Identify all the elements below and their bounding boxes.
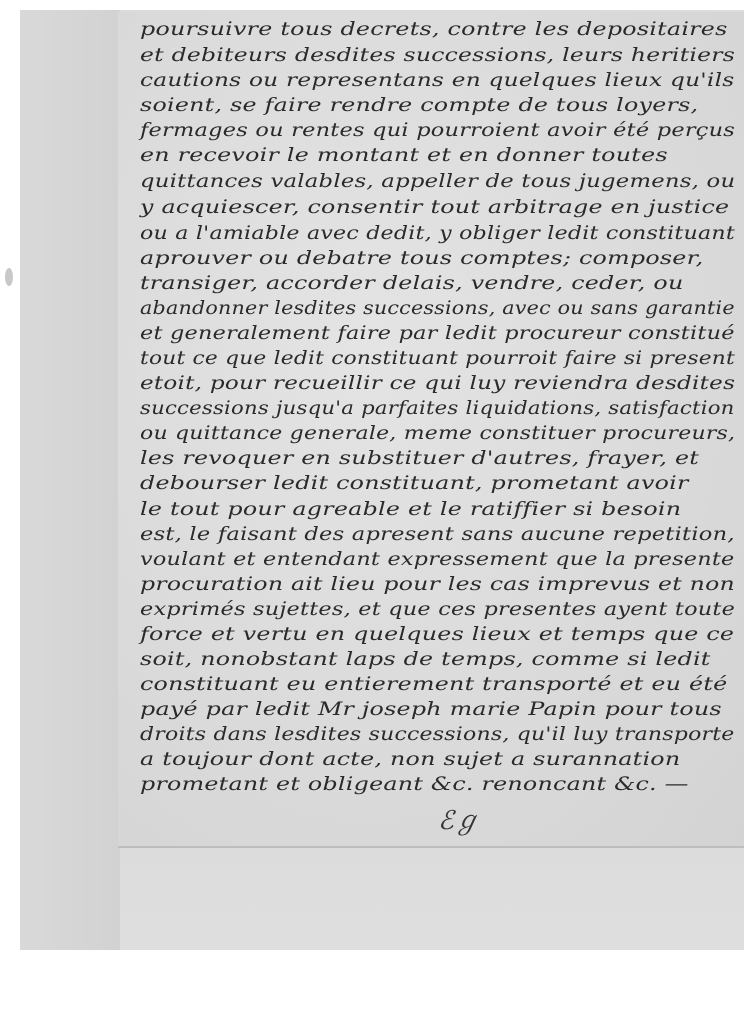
manuscript-line: est, le faisant des apresent sans aucune… xyxy=(140,523,735,545)
manuscript-line: force et vertu en quelques lieux et temp… xyxy=(140,623,734,645)
manuscript-line: exprimés sujettes, et que ces presentes … xyxy=(140,598,735,620)
manuscript-line: le tout pour agreable et le ratiffier si… xyxy=(140,498,681,520)
manuscript-line: abandonner lesdites successions, avec ou… xyxy=(140,297,735,319)
manuscript-line: aprouver ou debatre tous comptes; compos… xyxy=(140,247,703,269)
manuscript-line: soient, se faire rendre compte de tous l… xyxy=(140,94,698,116)
manuscript-line: droits dans lesdites successions, qu'il … xyxy=(140,723,735,745)
paraph-flourish: ℰℊ xyxy=(438,800,480,837)
manuscript-line: ou a l'amiable avec dedit, y obliger led… xyxy=(140,222,735,244)
manuscript-line: prometant et obligeant &c. renoncant &c.… xyxy=(140,773,689,795)
manuscript-line: fermages ou rentes qui pourroient avoir … xyxy=(140,119,735,141)
manuscript-line: voulant et entendant expressement que la… xyxy=(140,548,734,570)
manuscript-line: tout ce que ledit constituant pourroit f… xyxy=(140,347,735,369)
manuscript-line: cautions ou representans en quelques lie… xyxy=(140,69,734,91)
manuscript-line: y acquiescer, consentir tout arbitrage e… xyxy=(140,196,729,218)
manuscript-line: soit, nonobstant laps de temps, comme si… xyxy=(140,648,711,670)
manuscript-line: procuration ait lieu pour les cas imprev… xyxy=(140,573,735,595)
manuscript-line: en recevoir le montant et en donner tout… xyxy=(140,144,668,166)
manuscript-line: debourser ledit constituant, prometant a… xyxy=(140,472,689,494)
manuscript-line: successions jusqu'a parfaites liquidatio… xyxy=(140,397,735,419)
scan-stain xyxy=(5,268,13,286)
manuscript-line: et generalement faire par ledit procureu… xyxy=(140,322,735,344)
manuscript-line: ou quittance generale, meme constituer p… xyxy=(140,422,735,444)
manuscript-line: et debiteurs desdites successions, leurs… xyxy=(140,44,735,66)
manuscript-line: quittances valables, appeller de tous ju… xyxy=(140,170,735,192)
manuscript-line: a toujour dont acte, non sujet a suranna… xyxy=(140,748,680,770)
manuscript-line: poursuivre tous decrets, contre les depo… xyxy=(140,18,728,40)
manuscript-line: transiger, accorder delais, vendre, cede… xyxy=(140,272,683,294)
manuscript-line: les revoquer en substituer d'autres, fra… xyxy=(140,447,699,469)
manuscript-line: etoit, pour recueillir ce qui luy revien… xyxy=(140,372,735,394)
manuscript-line: constituant eu entierement transporté et… xyxy=(140,673,727,695)
manuscript-line: payé par ledit Mr joseph marie Papin pou… xyxy=(140,698,722,720)
